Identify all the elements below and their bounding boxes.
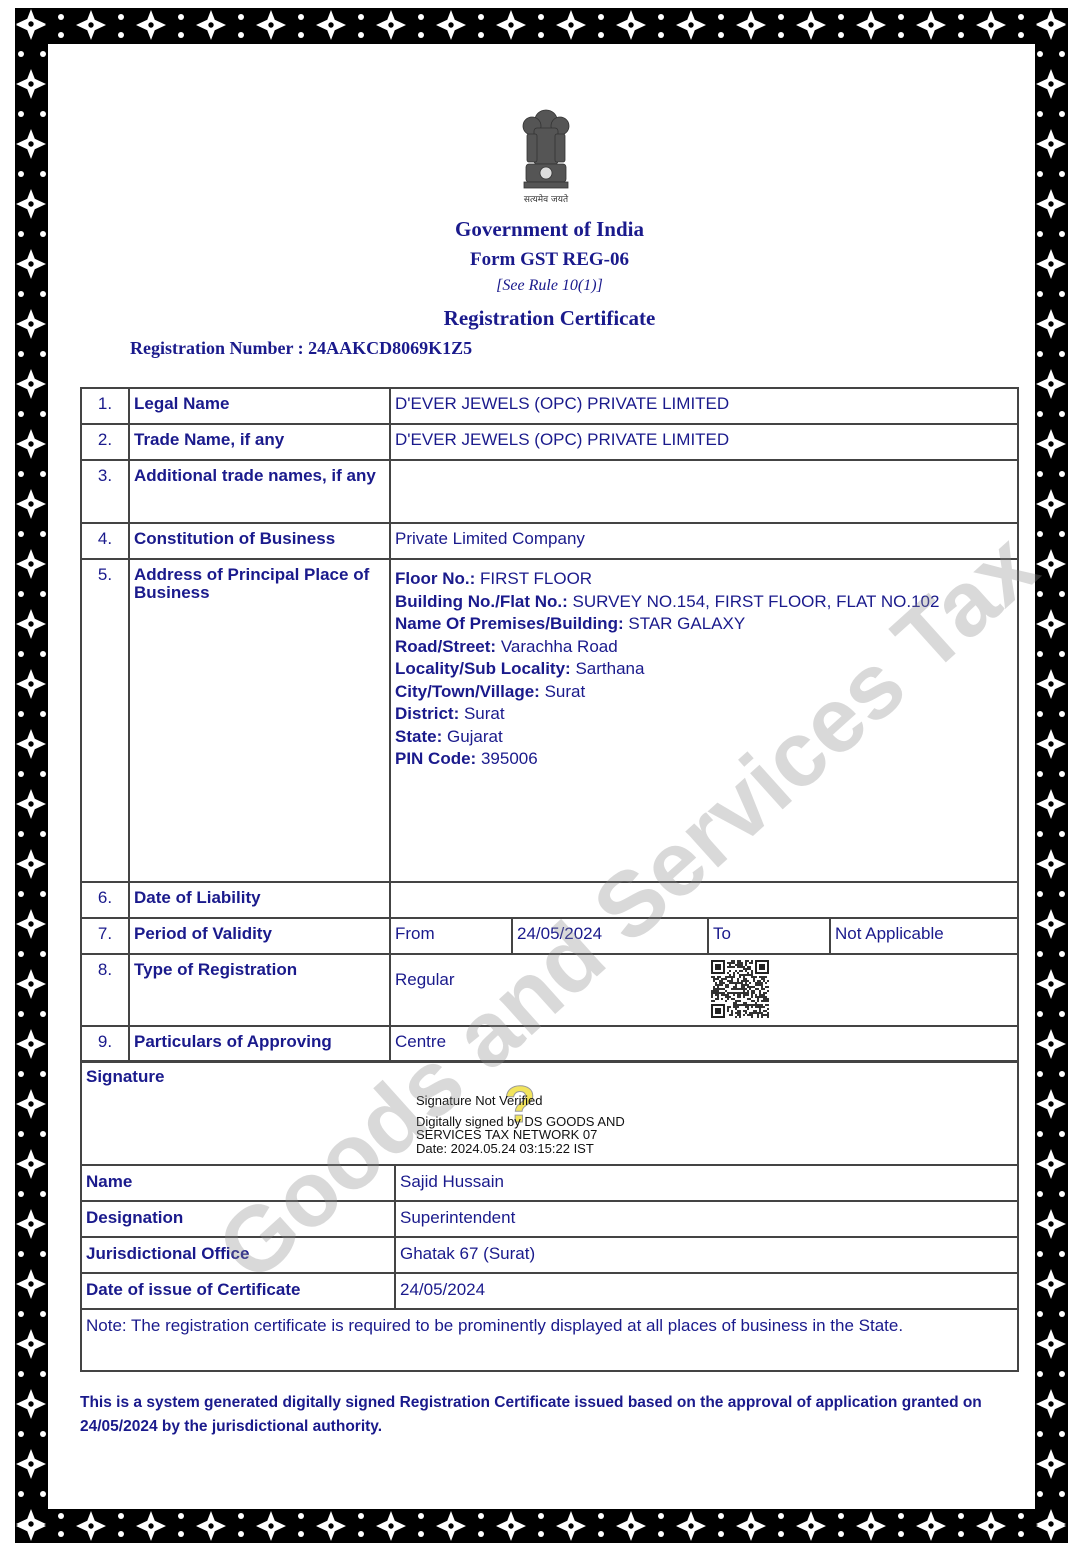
signature-signer-line2: SERVICES TAX NETWORK 07 xyxy=(416,1128,625,1142)
row-number: 8. xyxy=(81,954,129,1026)
address-value: Floor No.: FIRST FLOOR Building No./Flat… xyxy=(390,559,1018,882)
emblem-motto: सत्यमेव जयते xyxy=(488,192,604,205)
table-row: 5. Address of Principal Place of Busines… xyxy=(81,559,1018,882)
approving-authority-value: Centre xyxy=(390,1026,1018,1062)
designation-value: Superintendent xyxy=(395,1201,1018,1237)
validity-from-value: 24/05/2024 xyxy=(512,918,708,954)
display-note: Note: The registration certificate is re… xyxy=(81,1309,1018,1371)
row-number: 3. xyxy=(81,460,129,523)
jurisdictional-office-value: Ghatak 67 (Surat) xyxy=(395,1237,1018,1273)
table-row: 9. Particulars of Approving Centre xyxy=(81,1026,1018,1062)
national-emblem-icon xyxy=(516,106,576,204)
row-label: Constitution of Business xyxy=(129,523,390,559)
row-label: Particulars of Approving xyxy=(129,1026,390,1062)
page-title: Registration Certificate xyxy=(48,306,1051,331)
registration-number-value: 24AAKCD8069K1Z5 xyxy=(308,338,472,358)
table-row: 6. Date of Liability xyxy=(81,882,1018,918)
row-number: 5. xyxy=(81,559,129,882)
officer-label: Designation xyxy=(81,1201,395,1237)
row-label: Trade Name, if any xyxy=(129,424,390,460)
row-label: Period of Validity xyxy=(129,918,390,954)
registration-number: Registration Number : 24AAKCD8069K1Z5 xyxy=(130,338,472,359)
signature-signer-line1: Digitally signed by DS GOODS AND xyxy=(416,1115,625,1129)
qr-code-icon[interactable] xyxy=(711,960,769,1018)
table-row: 3. Additional trade names, if any xyxy=(81,460,1018,523)
row-label: Additional trade names, if any xyxy=(129,460,390,523)
registration-number-label: Registration Number : xyxy=(130,338,304,358)
signature-status: Signature Not Verified xyxy=(416,1094,625,1108)
address-road: Road/Street: Varachha Road xyxy=(395,636,1013,659)
signature-date: Date: 2024.05.24 03:15:22 IST xyxy=(416,1142,625,1156)
address-locality: Locality/Sub Locality: Sarthana xyxy=(395,658,1013,681)
issue-date-value: 24/05/2024 xyxy=(395,1273,1018,1309)
date-of-liability-value xyxy=(390,882,1018,918)
registration-details-table: 1. Legal Name D'EVER JEWELS (OPC) PRIVAT… xyxy=(80,387,1019,1063)
address-pin: PIN Code: 395006 xyxy=(395,748,1013,771)
row-number: 6. xyxy=(81,882,129,918)
trade-name-value: D'EVER JEWELS (OPC) PRIVATE LIMITED xyxy=(390,424,1018,460)
row-number: 2. xyxy=(81,424,129,460)
government-title: Government of India xyxy=(48,217,1051,242)
address-building: Building No./Flat No.: SURVEY NO.154, FI… xyxy=(395,591,1013,614)
validity-to-value: Not Applicable xyxy=(830,918,1018,954)
row-number: 9. xyxy=(81,1026,129,1062)
row-label: Type of Registration xyxy=(129,954,390,1026)
registration-type-cell: Regular xyxy=(390,954,1018,1026)
signature-table: Signature ? Signature Not Verified Digit… xyxy=(80,1060,1019,1372)
officer-label: Date of issue of Certificate xyxy=(81,1273,395,1309)
row-number: 4. xyxy=(81,523,129,559)
form-title: Form GST REG-06 xyxy=(48,249,1051,271)
officer-row: Jurisdictional Office Ghatak 67 (Surat) xyxy=(81,1237,1018,1273)
table-row: 1. Legal Name D'EVER JEWELS (OPC) PRIVAT… xyxy=(81,388,1018,424)
signature-label: Signature xyxy=(86,1062,1013,1086)
address-state: State: Gujarat xyxy=(395,726,1013,749)
address-premises: Name Of Premises/Building: STAR GALAXY xyxy=(395,613,1013,636)
registration-type-value: Regular xyxy=(395,971,1013,989)
row-number: 1. xyxy=(81,388,129,424)
address-floor: Floor No.: FIRST FLOOR xyxy=(395,568,1013,591)
address-district: District: Surat xyxy=(395,703,1013,726)
officer-label: Jurisdictional Office xyxy=(81,1237,395,1273)
system-generated-note: This is a system generated digitally sig… xyxy=(80,1391,1020,1439)
validity-to-label: To xyxy=(708,918,830,954)
rule-reference: [See Rule 10(1)] xyxy=(48,277,1051,295)
officer-row: Date of issue of Certificate 24/05/2024 xyxy=(81,1273,1018,1309)
officer-row: Designation Superintendent xyxy=(81,1201,1018,1237)
row-number: 7. xyxy=(81,918,129,954)
legal-name-value: D'EVER JEWELS (OPC) PRIVATE LIMITED xyxy=(390,388,1018,424)
table-row: 2. Trade Name, if any D'EVER JEWELS (OPC… xyxy=(81,424,1018,460)
officer-name-value: Sajid Hussain xyxy=(395,1165,1018,1201)
officer-row: Name Sajid Hussain xyxy=(81,1165,1018,1201)
certificate: सत्यमेव जयते Government of India Form GS… xyxy=(48,44,1035,1509)
validity-from-label: From xyxy=(390,918,512,954)
note-row: Note: The registration certificate is re… xyxy=(81,1309,1018,1371)
table-row: 8. Type of Registration Regular xyxy=(81,954,1018,1026)
signature-row: Signature ? Signature Not Verified Digit… xyxy=(81,1061,1018,1165)
row-label: Legal Name xyxy=(129,388,390,424)
signature-cell: Signature ? Signature Not Verified Digit… xyxy=(81,1061,1018,1165)
additional-trade-names-value xyxy=(390,460,1018,523)
row-label: Date of Liability xyxy=(129,882,390,918)
constitution-value: Private Limited Company xyxy=(390,523,1018,559)
table-row: 7. Period of Validity From 24/05/2024 To… xyxy=(81,918,1018,954)
address-city: City/Town/Village: Surat xyxy=(395,681,1013,704)
officer-label: Name xyxy=(81,1165,395,1201)
row-label: Address of Principal Place of Business xyxy=(129,559,390,882)
table-row: 4. Constitution of Business Private Limi… xyxy=(81,523,1018,559)
digital-signature[interactable]: Signature Not Verified Digitally signed … xyxy=(416,1094,625,1155)
